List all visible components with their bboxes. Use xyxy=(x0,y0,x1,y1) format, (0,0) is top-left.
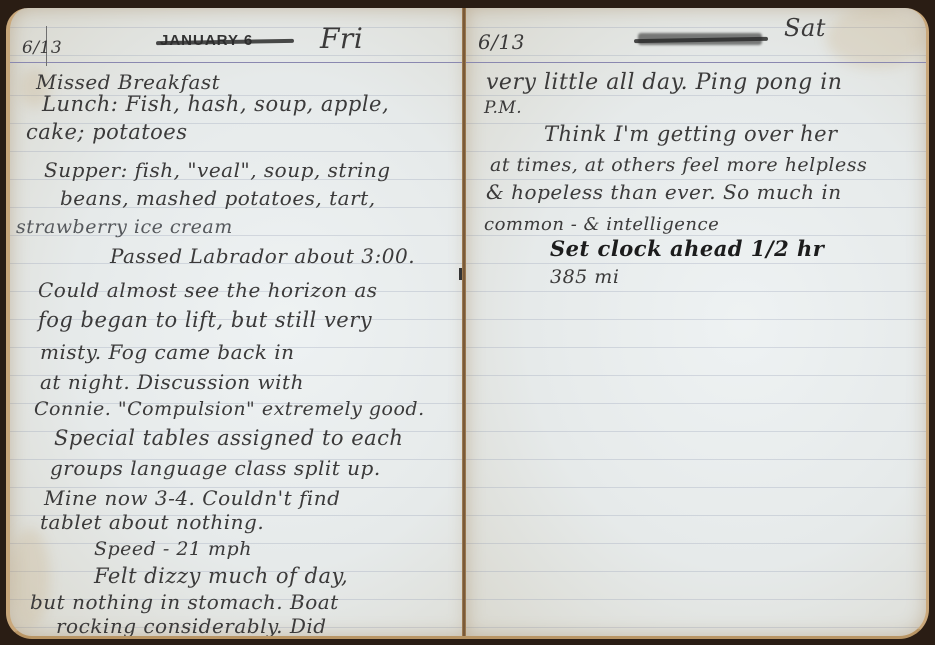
diary-line: Special tables assigned to each xyxy=(54,426,403,450)
date-written: 6/13 xyxy=(22,38,62,58)
diary-line: P.M. xyxy=(484,98,522,118)
left-page: 6/13 JANUARY 6 Fri Missed Breakfast Lunc… xyxy=(6,8,468,639)
diary-line: cake; potatoes xyxy=(26,120,188,144)
diary-line: common - & intelligence xyxy=(484,214,719,235)
header-rule xyxy=(10,62,468,63)
right-page: 6/13 JANUARY 7 Sat very little all day. … xyxy=(466,8,929,639)
diary-line: groups language class split up. xyxy=(50,456,381,480)
diary-line: Passed Labrador about 3:00. xyxy=(110,244,415,268)
diary-line: beans, mashed potatoes, tart, xyxy=(60,186,376,210)
diary-line: Connie. "Compulsion" extremely good. xyxy=(34,398,425,420)
diary-line: Set clock ahead 1/2 hr xyxy=(550,236,824,261)
diary-line: at night. Discussion with xyxy=(40,370,304,394)
diary-line: Felt dizzy much of day, xyxy=(94,564,348,588)
diary-line: misty. Fog came back in xyxy=(40,340,294,364)
diary-line: but nothing in stomach. Boat xyxy=(30,590,339,614)
diary-line: & hopeless than ever. So much in xyxy=(486,180,842,204)
diary-line: Speed - 21 mph xyxy=(94,538,252,560)
diary-line: Lunch: Fish, hash, soup, apple, xyxy=(42,92,389,116)
day-written: Fri xyxy=(320,22,363,55)
diary-spread: 6/13 JANUARY 6 Fri Missed Breakfast Lunc… xyxy=(0,0,935,645)
diary-line: fog began to lift, but still very xyxy=(38,308,372,332)
day-written: Sat xyxy=(784,14,826,42)
binding-mark xyxy=(459,268,462,280)
diary-line: at times, at others feel more helpless xyxy=(490,154,867,176)
diary-line: strawberry ice cream xyxy=(16,216,233,238)
diary-line: very little all day. Ping pong in xyxy=(486,70,842,95)
diary-line: Supper: fish, "veal", soup, string xyxy=(44,158,391,182)
diary-line: Think I'm getting over her xyxy=(544,122,838,146)
diary-line: tablet about nothing. xyxy=(40,510,264,534)
diary-line: Mine now 3-4. Couldn't find xyxy=(44,486,340,510)
date-written: 6/13 xyxy=(478,30,525,54)
diary-line: Could almost see the horizon as xyxy=(38,278,378,302)
diary-line: Missed Breakfast xyxy=(36,70,220,94)
diary-line: 385 mi xyxy=(550,266,619,288)
header-rule xyxy=(466,62,926,63)
paper-stain xyxy=(826,8,926,68)
diary-line: rocking considerably. Did xyxy=(56,614,327,638)
